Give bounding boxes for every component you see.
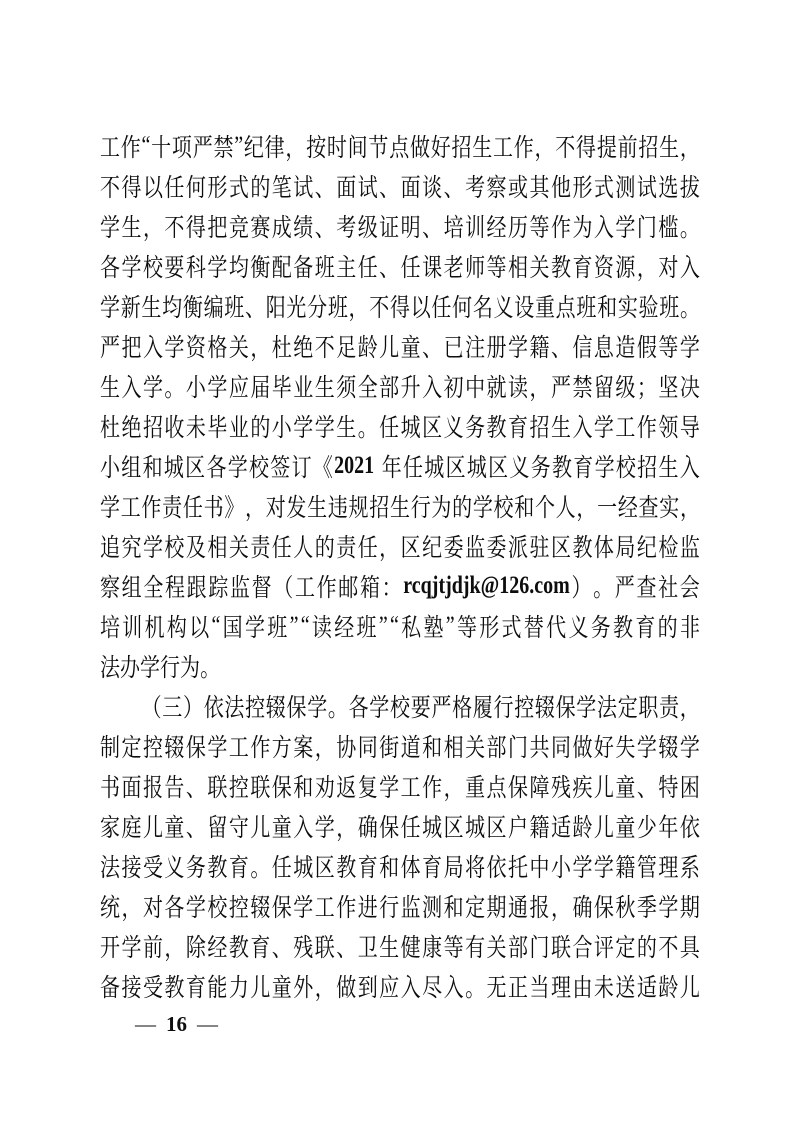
page-footer: — 16 — [135,1012,218,1037]
page-number: 16 [166,1012,187,1037]
document-page: 工作“十项严禁”纪律，按时间节点做好招生工作，不得提前招生，不得以任何形式的笔试… [0,0,794,1123]
text-line: 各学校要科学均衡配备班主任、任课老师等相关教育资源，对入 [100,246,700,286]
email-address: rcqjtjdjk@126.com [403,572,570,600]
text-line: 小组和城区各学校签订《2021 年任城区城区义务教育学校招生入 [100,446,700,486]
text-line: 家庭儿童、留守儿童入学，确保任城区城区户籍适龄儿童少年依 [100,806,700,846]
footer-dash-right: — [197,1012,218,1037]
text-line: 追究学校及相关责任人的责任，区纪委监委派驻区教体局纪检监 [100,526,700,566]
text-line: 培训机构以“国学班”“读经班”“私塾”等形式替代义务教育的非 [100,606,700,646]
text-line: 法接受义务教育。任城区教育和体育局将依托中小学学籍管理系 [100,846,700,886]
text-line: 不得以任何形式的笔试、面试、面谈、考察或其他形式测试选拔 [100,166,700,206]
text-line: 学新生均衡编班、阳光分班，不得以任何名义设重点班和实验班。 [100,286,700,326]
text-line: 学工作责任书》，对发生违规招生行为的学校和个人，一经查实， [100,486,700,526]
text-line: 生入学。小学应届毕业生须全部升入初中就读，严禁留级；坚决 [100,366,700,406]
year-number: 2021 [334,452,374,480]
text-line: （三）依法控辍保学。各学校要严格履行控辍保学法定职责， [100,686,700,726]
text-line: 制定控辍保学工作方案，协同街道和相关部门共同做好失学辍学 [100,726,700,766]
text-line: 学生，不得把竞赛成绩、考级证明、培训经历等作为入学门槛。 [100,206,700,246]
document-body: 工作“十项严禁”纪律，按时间节点做好招生工作，不得提前招生，不得以任何形式的笔试… [100,126,700,1006]
text-line: 备接受教育能力儿童外，做到应入尽入。无正当理由未送适龄儿 [100,966,700,1006]
footer-dash-left: — [135,1012,156,1037]
text-line: 开学前，除经教育、残联、卫生健康等有关部门联合评定的不具 [100,926,700,966]
text-line: 察组全程跟踪监督（工作邮箱：rcqjtjdjk@126.com）。严查社会 [100,566,700,606]
text-line: 书面报告、联控联保和劝返复学工作，重点保障残疾儿童、特困 [100,766,700,806]
text-line: 统，对各学校控辍保学工作进行监测和定期通报，确保秋季学期 [100,886,700,926]
text-line: 严把入学资格关，杜绝不足龄儿童、已注册学籍、信息造假等学 [100,326,700,366]
text-line: 杜绝招收未毕业的小学学生。任城区义务教育招生入学工作领导 [100,406,700,446]
text-line: 工作“十项严禁”纪律，按时间节点做好招生工作，不得提前招生， [100,126,700,166]
text-line: 法办学行为。 [100,646,700,686]
